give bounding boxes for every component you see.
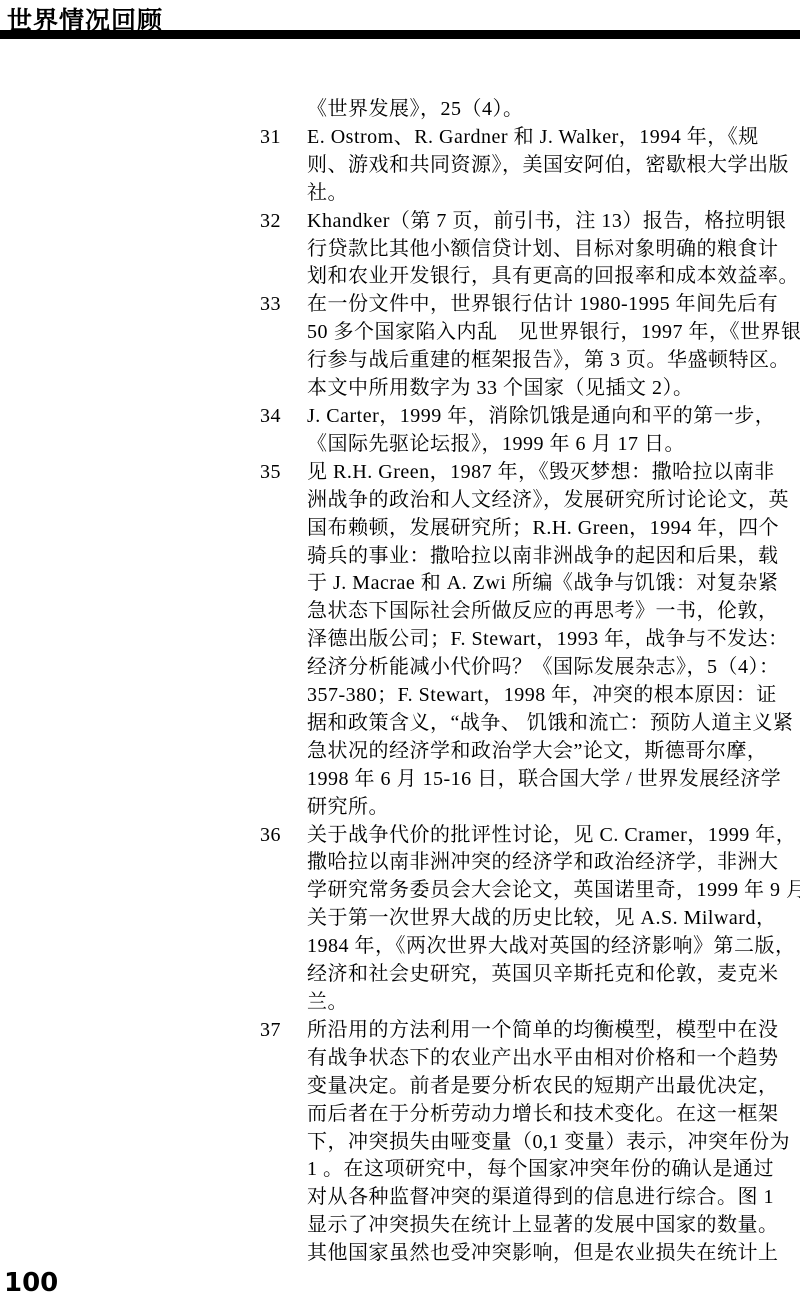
endnote-34: 34 J. Carter，1999 年，消除饥饿是通向和平的第一步， 《国际先驱…	[260, 403, 796, 459]
note-line: 1998 年 6 月 15-16 日，联合国大学 / 世界发展经济学	[307, 766, 796, 794]
note-line: Khandker（第 7 页，前引书，注 13）报告，格拉明银	[307, 208, 799, 236]
endnote-text: 所沿用的方法利用一个简单的均衡模型，模型中在没 有战争状态下的农业产出水平由相对…	[307, 1017, 796, 1268]
note-line: 撒哈拉以南非洲冲突的经济学和政治经济学，非洲大	[307, 849, 800, 877]
note-line: 社。	[307, 180, 796, 208]
endnote-text: 关于战争代价的批评性讨论，见 C. Cramer，1999 年， 撒哈拉以南非洲…	[307, 822, 800, 1017]
note-line: 划和农业开发银行，具有更高的回报率和成本效益率。	[307, 263, 799, 291]
note-line: 学研究常务委员会大会论文，英国诺里奇，1999 年 9 月。	[307, 877, 800, 905]
endnote-number: 32	[260, 208, 307, 292]
note-line: 其他国家虽然也受冲突影响，但是农业损失在统计上	[307, 1240, 796, 1268]
note-line: J. Carter，1999 年，消除饥饿是通向和平的第一步，	[307, 403, 796, 431]
note-line: 《国际先驱论坛报》，1999 年 6 月 17 日。	[307, 431, 796, 459]
note-line: 行贷款比其他小额信贷计划、目标对象明确的粮食计	[307, 236, 799, 264]
endnote-37: 37 所沿用的方法利用一个简单的均衡模型，模型中在没 有战争状态下的农业产出水平…	[260, 1017, 796, 1268]
note-line: 1984 年，《两次世界大战对英国的经济影响》第二版，	[307, 933, 800, 961]
endnote-33: 33 在一份文件中，世界银行估计 1980-1995 年间先后有 50 多个国家…	[260, 291, 796, 403]
note-line: 变量决定。前者是要分析农民的短期产出最优决定，	[307, 1073, 796, 1101]
endnote-text: J. Carter，1999 年，消除饥饿是通向和平的第一步， 《国际先驱论坛报…	[307, 403, 796, 459]
page-number: 100	[4, 1268, 58, 1298]
note-line: 对从各种监督冲突的渠道得到的信息进行综合。图 1	[307, 1184, 796, 1212]
note-line: 经济和社会史研究，英国贝辛斯托克和伦敦，麦克米	[307, 961, 800, 989]
note-line: 50 多个国家陷入内乱 见世界银行，1997 年，《世界银	[307, 319, 800, 347]
note-line: 关于第一次世界大战的历史比较，见 A.S. Milward，	[307, 905, 800, 933]
endnote-text: 《世界发展》，25（4）。	[307, 96, 796, 124]
note-line: 泽德出版公司；F. Stewart，1993 年，战争与不发达：	[307, 626, 796, 654]
note-line: 见 R.H. Green，1987 年，《毁灭梦想：撒哈拉以南非	[307, 459, 796, 487]
note-line: 下，冲突损失由哑变量（0,1 变量）表示，冲突年份为	[307, 1129, 796, 1157]
note-line: 急状态下国际社会所做反应的再思考》一书，伦敦，	[307, 598, 796, 626]
note-line: 本文中所用数字为 33 个国家（见插文 2）。	[307, 375, 800, 403]
note-line: 洲战争的政治和人文经济》，发展研究所讨论论文，英	[307, 487, 796, 515]
note-line: 所沿用的方法利用一个简单的均衡模型，模型中在没	[307, 1017, 796, 1045]
note-line: 兰。	[307, 989, 800, 1017]
note-line: 而后者在于分析劳动力增长和技术变化。在这一框架	[307, 1101, 796, 1129]
note-line: 显示了冲突损失在统计上显著的发展中国家的数量。	[307, 1212, 796, 1240]
note-line: 357-380；F. Stewart，1998 年，冲突的根本原因：证	[307, 682, 796, 710]
endnote-number	[260, 96, 307, 124]
endnote-number: 35	[260, 459, 307, 822]
endnote-32: 32 Khandker（第 7 页，前引书，注 13）报告，格拉明银 行贷款比其…	[260, 208, 796, 292]
note-line: 国布赖顿，发展研究所；R.H. Green，1994 年，四个	[307, 515, 796, 543]
endnote-text: Khandker（第 7 页，前引书，注 13）报告，格拉明银 行贷款比其他小额…	[307, 208, 799, 292]
endnote-30-continuation: 《世界发展》，25（4）。	[260, 96, 796, 124]
note-line: 经济分析能减小代价吗？《国际发展杂志》，5（4）：	[307, 654, 796, 682]
endnote-35: 35 见 R.H. Green，1987 年，《毁灭梦想：撒哈拉以南非 洲战争的…	[260, 459, 796, 822]
endnote-number: 37	[260, 1017, 307, 1268]
endnote-number: 31	[260, 124, 307, 208]
note-line: 骑兵的事业：撒哈拉以南非洲战争的起因和后果，载	[307, 543, 796, 571]
note-line: 《世界发展》，25（4）。	[307, 96, 796, 124]
endnote-number: 36	[260, 822, 307, 1017]
note-line: 在一份文件中，世界银行估计 1980-1995 年间先后有	[307, 291, 800, 319]
endnotes-section: 《世界发展》，25（4）。 31 E. Ostrom、R. Gardner 和 …	[260, 96, 796, 1268]
note-line: 据和政策含义，“战争、 饥饿和流亡：预防人道主义紧	[307, 710, 796, 738]
endnote-text: E. Ostrom、R. Gardner 和 J. Walker，1994 年，…	[307, 124, 796, 208]
endnote-number: 34	[260, 403, 307, 459]
note-line: 则、游戏和共同资源》，美国安阿伯，密歇根大学出版	[307, 152, 796, 180]
note-line: 研究所。	[307, 794, 796, 822]
note-line: 关于战争代价的批评性讨论，见 C. Cramer，1999 年，	[307, 822, 800, 850]
note-line: 急状况的经济学和政治学大会”论文，斯德哥尔摩，	[307, 738, 796, 766]
note-line: 有战争状态下的农业产出水平由相对价格和一个趋势	[307, 1045, 796, 1073]
header-divider-rule	[0, 30, 800, 39]
note-line: 行参与战后重建的框架报告》，第 3 页。华盛顿特区。	[307, 347, 800, 375]
endnote-31: 31 E. Ostrom、R. Gardner 和 J. Walker，1994…	[260, 124, 796, 208]
endnote-36: 36 关于战争代价的批评性讨论，见 C. Cramer，1999 年， 撒哈拉以…	[260, 822, 796, 1017]
endnote-text: 在一份文件中，世界银行估计 1980-1995 年间先后有 50 多个国家陷入内…	[307, 291, 800, 403]
endnote-text: 见 R.H. Green，1987 年，《毁灭梦想：撒哈拉以南非 洲战争的政治和…	[307, 459, 796, 822]
note-line: E. Ostrom、R. Gardner 和 J. Walker，1994 年，…	[307, 124, 796, 152]
note-line: 1 。在这项研究中，每个国家冲突年份的确认是通过	[307, 1156, 796, 1184]
endnote-number: 33	[260, 291, 307, 403]
note-line: 于 J. Macrae 和 A. Zwi 所编《战争与饥饿：对复杂紧	[307, 570, 796, 598]
